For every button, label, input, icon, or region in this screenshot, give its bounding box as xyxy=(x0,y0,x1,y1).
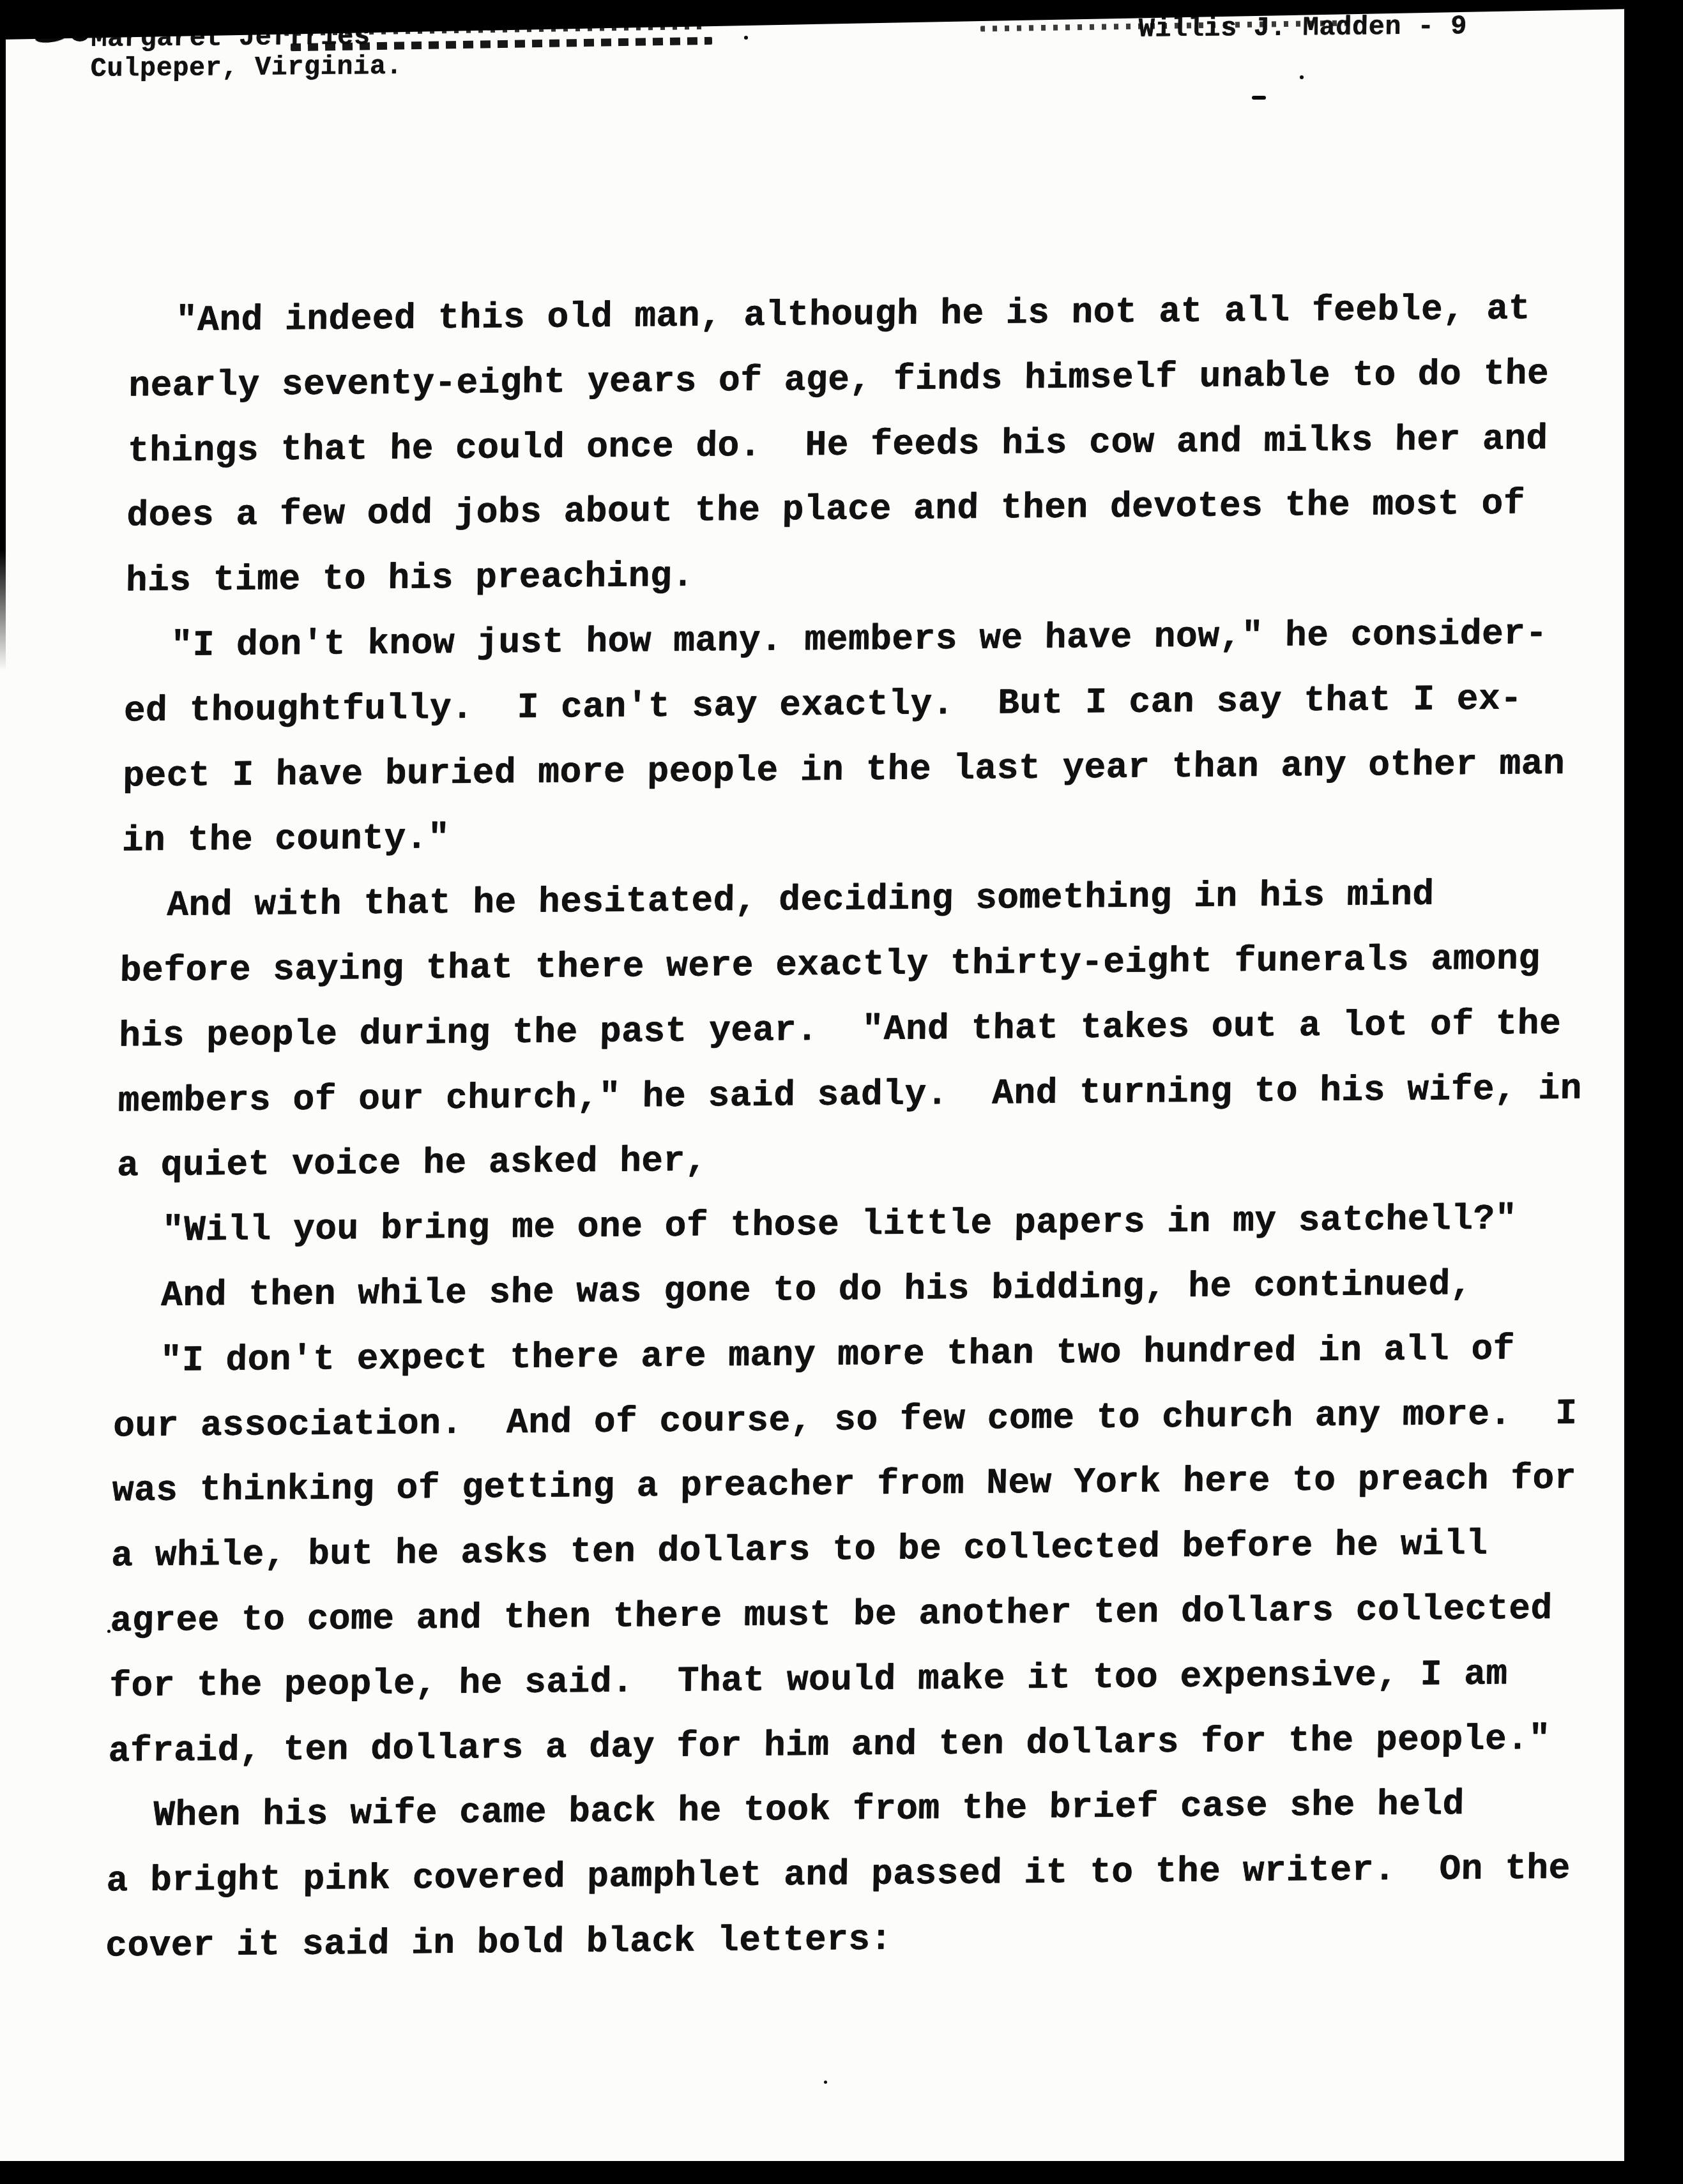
text-line: does a few odd jobs about the place and … xyxy=(126,471,1616,549)
text-line: "I don't expect there are many more than… xyxy=(114,1316,1603,1394)
text-line: "And indeed this old man, although he is… xyxy=(129,276,1618,354)
text-line: "Will you bring me one of those little p… xyxy=(116,1186,1605,1264)
text-line: "I don't know just how many. members we … xyxy=(125,601,1614,679)
text-line: And then while she was gone to do his bi… xyxy=(115,1251,1604,1329)
text-line: things that he could once do. He feeds h… xyxy=(127,406,1617,484)
text-line: cover it said in bold black letters: xyxy=(105,1901,1594,1979)
text-line: in the county." xyxy=(121,796,1611,874)
text-line: pect I have buried more people in the la… xyxy=(123,731,1612,809)
text-line: his people during the past year. "And th… xyxy=(119,991,1608,1069)
text-line: a bright pink covered pamphlet and passe… xyxy=(106,1836,1595,1914)
text-line: was thinking of getting a preacher from … xyxy=(112,1446,1601,1524)
author-location: Culpeper, Virginia. xyxy=(90,51,402,84)
page-content: Margaret JeffriesCulpeper, Virginia. Wil… xyxy=(60,3,1624,2124)
text-line: nearly seventy-eight years of age, finds… xyxy=(128,341,1618,419)
scan-border-bottom xyxy=(0,2161,1683,2184)
text-line: agree to come and then there must be ano… xyxy=(110,1576,1599,1654)
text-line: his time to his preaching. xyxy=(125,536,1615,614)
scan-border-right xyxy=(1624,0,1683,2184)
ink-dot xyxy=(1252,96,1266,100)
scan-border-left xyxy=(0,0,6,671)
text-line: members of our church," he said sadly. A… xyxy=(118,1056,1607,1134)
text-line: And with that he hesitated, deciding som… xyxy=(121,861,1610,939)
ink-dot xyxy=(824,2081,827,2084)
text-line: a while, but he asks ten dollars to be c… xyxy=(110,1511,1600,1589)
scanned-typescript-page: { "document": { "header": { "author_name… xyxy=(0,0,1683,2184)
text-line: a quiet voice he asked her, xyxy=(117,1121,1606,1199)
typed-body: "And indeed this old man, although he is… xyxy=(105,276,1618,1979)
text-line: When his wife came back he took from the… xyxy=(107,1771,1596,1849)
text-line: ed thoughtfully. I can't say exactly. Bu… xyxy=(123,666,1613,744)
text-line: for the people, he said. That would make… xyxy=(109,1641,1598,1719)
ink-dot xyxy=(744,36,748,40)
text-line: afraid, ten dollars a day for him and te… xyxy=(108,1706,1597,1784)
ink-dot xyxy=(1300,75,1304,79)
text-line: before saying that there were exactly th… xyxy=(119,926,1609,1004)
text-line: our association. And of course, so few c… xyxy=(112,1381,1602,1459)
ink-dot xyxy=(107,1630,110,1633)
